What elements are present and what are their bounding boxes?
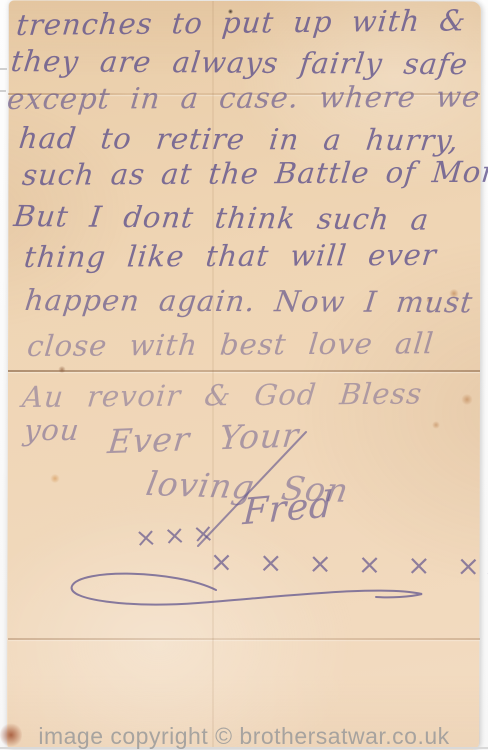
letter-line-7: thing like that will ever xyxy=(23,238,439,274)
letter-line-6: But I dont think such a xyxy=(12,199,431,237)
letter-line-8: happen again. Now I must xyxy=(23,283,475,319)
letter-line-3: except in a case. where we xyxy=(6,80,482,116)
signature-fred: Fred xyxy=(242,484,334,533)
letter-line-9: close with best love all xyxy=(26,326,436,363)
scanner-streak xyxy=(0,90,6,92)
copyright-watermark: image copyright © brothersatwar.co.uk xyxy=(0,723,488,750)
letter-line-5: such as at the Battle of Mons. xyxy=(21,154,488,192)
letter-line-11: you xyxy=(22,413,81,447)
closing-ever-your: Ever Your xyxy=(106,415,301,461)
scanner-streak xyxy=(0,68,7,70)
letter-line-1: trenches to put up with & xyxy=(15,3,468,42)
letter-scan: trenches to put up with & they are alway… xyxy=(0,0,488,750)
letter-line-4: had to retire in a hurry, xyxy=(17,121,461,157)
letter-line-10: Au revoir & God Bless xyxy=(21,377,424,415)
kisses-row-2: × × × × × ×× xyxy=(209,545,488,583)
letter-line-2: they are always fairly safe xyxy=(9,44,470,81)
